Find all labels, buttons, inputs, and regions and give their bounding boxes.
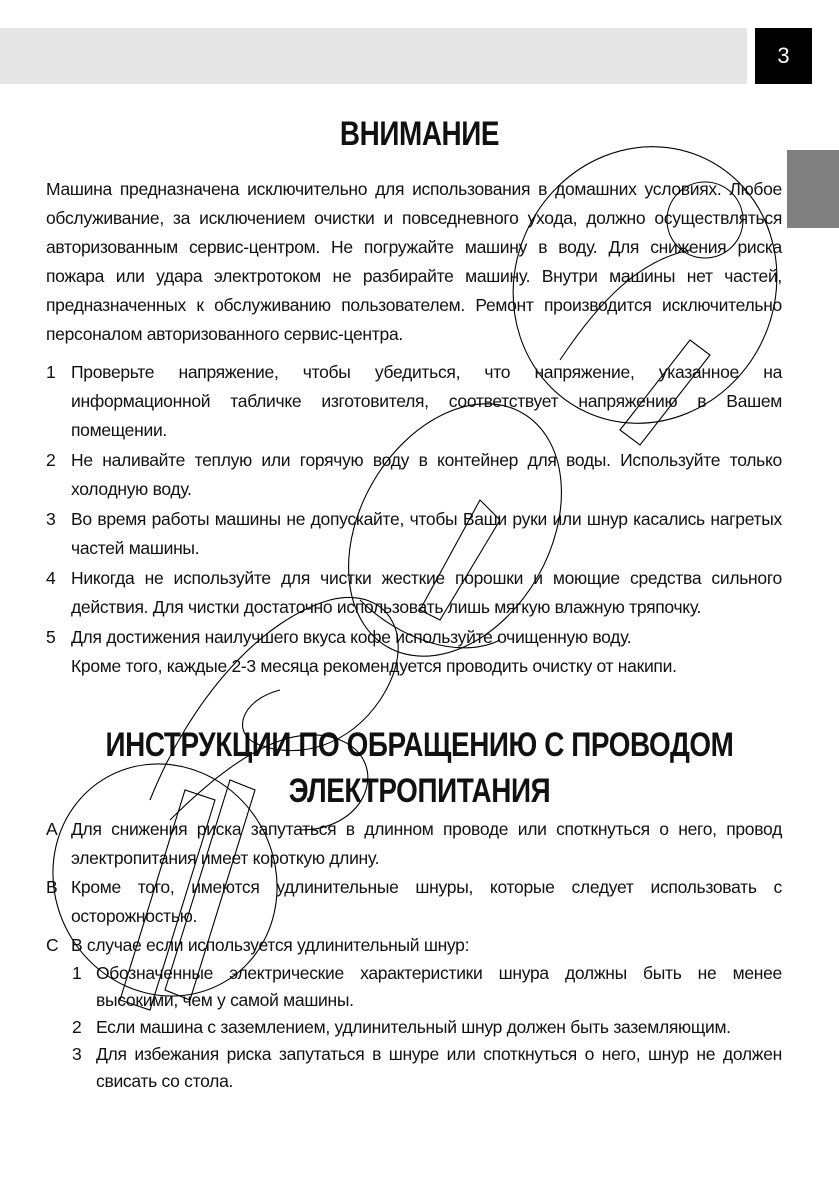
extension-cord-sublist: 1 Обозначенные электрические характерист… (72, 960, 782, 1095)
page-number: 3 (755, 28, 812, 84)
list-item: A Для снижения риска запутаться в длинно… (46, 815, 782, 873)
title-line-1: ИНСТРУКЦИИ ПО ОБРАЩЕНИЮ С ПРОВОДОМ (76, 722, 764, 768)
sublist-item: 2 Если машина с заземлением, удлинительн… (72, 1014, 782, 1041)
item-text: Проверьте напряжение, чтобы убедиться, ч… (71, 362, 782, 440)
list-item: C В случае если используется удлинительн… (46, 931, 782, 960)
list-item: B Кроме того, имеются удлинительные шнур… (46, 873, 782, 931)
section-tab (787, 150, 839, 228)
list-item: 5 Для достижения наилучшего вкуса кофе и… (46, 623, 782, 681)
item-text: Обозначенные электрические характеристик… (96, 963, 782, 1010)
item-text: Для снижения риска запутаться в длинном … (71, 819, 782, 868)
attention-title: ВНИМАНИЕ (76, 115, 764, 154)
item-number: 1 (46, 358, 55, 387)
item-text: Кроме того, имеются удлинительные шнуры,… (71, 877, 782, 926)
list-item: 2 Не наливайте теплую или горячую воду в… (46, 446, 782, 504)
title-line-2: ЭЛЕКТРОПИТАНИЯ (76, 768, 764, 814)
item-text-continued: Кроме того, каждые 2-3 месяца рекомендуе… (71, 652, 782, 681)
list-item: 3 Во время работы машины не допускайте, … (46, 505, 782, 563)
item-number: 3 (46, 505, 55, 534)
power-cord-list: A Для снижения риска запутаться в длинно… (46, 815, 782, 1095)
attention-list: 1 Проверьте напряжение, чтобы убедиться,… (46, 358, 782, 682)
power-cord-title: ИНСТРУКЦИИ ПО ОБРАЩЕНИЮ С ПРОВОДОМ ЭЛЕКТ… (76, 722, 764, 814)
attention-intro: Машина предназначена исключительно для и… (46, 175, 782, 349)
item-text: Никогда не используйте для чистки жестки… (71, 568, 782, 617)
item-text: В случае если используется удлинительный… (71, 935, 469, 955)
sublist-item: 1 Обозначенные электрические характерист… (72, 960, 782, 1014)
item-letter: B (46, 873, 57, 902)
list-item: 1 Проверьте напряжение, чтобы убедиться,… (46, 358, 782, 445)
item-text: Для достижения наилучшего вкуса кофе исп… (71, 623, 782, 652)
item-number: 5 (46, 623, 55, 652)
item-number: 2 (46, 446, 55, 475)
item-number: 4 (46, 564, 55, 593)
item-number: 1 (72, 960, 81, 987)
sublist-item: 3 Для избежания риска запутаться в шнуре… (72, 1041, 782, 1095)
item-letter: C (46, 931, 58, 960)
item-letter: A (46, 815, 57, 844)
item-number: 2 (72, 1014, 81, 1041)
item-text: Если машина с заземлением, удлинительный… (96, 1017, 731, 1037)
list-item: 4 Никогда не используйте для чистки жест… (46, 564, 782, 622)
item-text: Не наливайте теплую или горячую воду в к… (71, 450, 782, 499)
intro-text: Машина предназначена исключительно для и… (46, 175, 782, 349)
item-text: Во время работы машины не допускайте, чт… (71, 509, 782, 558)
item-text: Для избежания риска запутаться в шнуре и… (96, 1044, 782, 1091)
item-number: 3 (72, 1041, 81, 1068)
header-bar (0, 28, 747, 84)
